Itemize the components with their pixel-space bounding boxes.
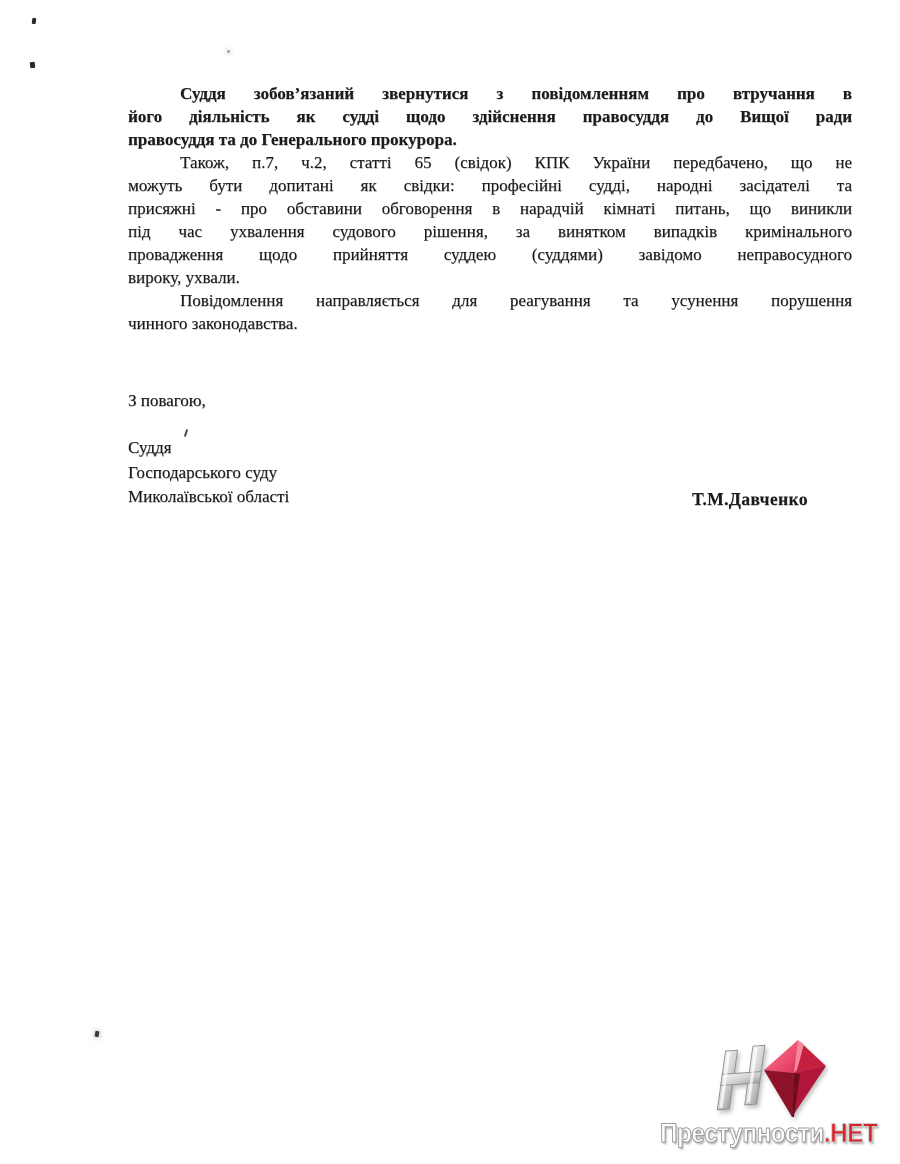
scan-speck <box>95 1031 100 1038</box>
paragraph-3-line: чинного законодавства. <box>128 312 852 335</box>
watermark-mark-icon <box>652 1040 892 1125</box>
scanned-document-page: Суддя зобов’язаний звернутися з повідомл… <box>0 0 900 1164</box>
scan-speck <box>30 62 36 68</box>
signature-title-line: Суддя <box>128 436 289 461</box>
signature-title-line: Миколаївської області <box>128 485 289 510</box>
paragraph-2-line: Також, п.7, ч.2, статті 65 (свідок) КПК … <box>128 151 852 174</box>
paragraph-1-line: його діяльність як судді щодо здійснення… <box>128 105 852 128</box>
letter-h-icon <box>717 1045 765 1109</box>
paragraph-1-line: правосуддя та до Генерального прокурора. <box>128 128 852 151</box>
paragraph-1-line: Суддя зобов’язаний звернутися з повідомл… <box>128 82 852 105</box>
signature-block: Суддя Господарського суду Миколаївської … <box>128 436 289 510</box>
paragraph-2-line: можуть бути допитані як свідки: професій… <box>128 174 852 197</box>
paragraph-2-line: вироку, ухвали. <box>128 266 852 289</box>
watermark-tld-text: .НЕТ <box>824 1118 878 1148</box>
watermark-wordmark: Преступности.НЕТ <box>660 1118 869 1148</box>
closing-salutation: З повагою, <box>128 391 206 411</box>
paragraph-2-line: провадження щодо прийняття суддею (суддя… <box>128 243 852 266</box>
watermark-brand-text: Преступности <box>660 1118 824 1148</box>
paragraph-3-line: Повідомлення направляється для реагуванн… <box>128 289 852 312</box>
scan-speck <box>227 50 230 53</box>
gem-icon <box>764 1040 826 1117</box>
paragraph-2-line: під час ухвалення судового рішення, за в… <box>128 220 852 243</box>
watermark-logo: Преступности.НЕТ <box>652 1040 892 1164</box>
paragraph-2-line: присяжні - про обставини обговорення в н… <box>128 197 852 220</box>
document-body: Суддя зобов’язаний звернутися з повідомл… <box>128 82 852 335</box>
signature-name: Т.М.Давченко <box>692 489 852 510</box>
scan-speck <box>32 18 37 24</box>
signature-title-line: Господарського суду <box>128 461 289 486</box>
